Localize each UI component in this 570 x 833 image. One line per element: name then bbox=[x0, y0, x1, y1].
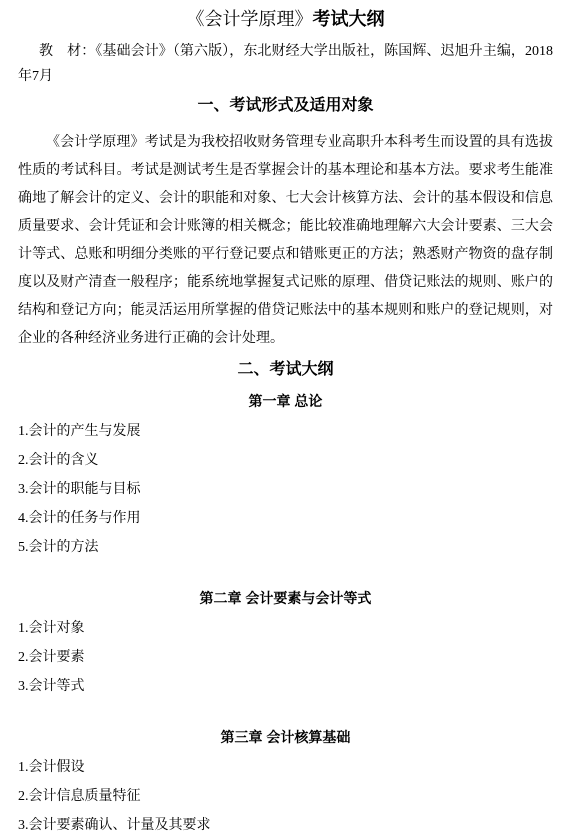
textbook-info-line: 教 材：《基础会计》（第六版），东北财经大学出版社，陈国辉、迟旭升主编，2018… bbox=[18, 39, 553, 89]
list-item: 4.会计的任务与作用 bbox=[18, 504, 553, 533]
chapter-2-item-list: 1.会计对象 2.会计要素 3.会计等式 bbox=[18, 614, 553, 701]
list-item: 1.会计的产生与发展 bbox=[18, 417, 553, 446]
list-item: 3.会计的职能与目标 bbox=[18, 475, 553, 504]
list-item: 2.会计的含义 bbox=[18, 446, 553, 475]
chapter-3-item-list: 1.会计假设 2.会计信息质量特征 3.会计要素确认、计量及其要求 bbox=[18, 753, 553, 833]
page-title-suffix: 考试大纲 bbox=[313, 9, 385, 29]
document-page: 《会计学原理》考试大纲 教 材：《基础会计》（第六版），东北财经大学出版社，陈国… bbox=[0, 0, 570, 833]
page-title: 《会计学原理》考试大纲 bbox=[18, 8, 553, 31]
section-heading-exam-form: 一、考试形式及适用对象 bbox=[18, 95, 553, 117]
list-item: 3.会计等式 bbox=[18, 672, 553, 701]
chapter-3-title: 第三章 会计核算基础 bbox=[18, 728, 553, 746]
list-item: 2.会计信息质量特征 bbox=[18, 782, 553, 811]
list-item: 3.会计要素确认、计量及其要求 bbox=[18, 811, 553, 833]
exam-description-paragraph: 《会计学原理》考试是为我校招收财务管理专业高职升本科考生而设置的具有选拔性质的考… bbox=[18, 129, 553, 353]
chapter-1-title: 第一章 总论 bbox=[18, 392, 553, 410]
list-item: 1.会计对象 bbox=[18, 614, 553, 643]
chapter-1-item-list: 1.会计的产生与发展 2.会计的含义 3.会计的职能与目标 4.会计的任务与作用… bbox=[18, 417, 553, 562]
page-title-book-name: 《会计学原理》 bbox=[187, 9, 313, 29]
list-item: 1.会计假设 bbox=[18, 753, 553, 782]
section-heading-exam-outline: 二、考试大纲 bbox=[18, 359, 553, 381]
list-item: 5.会计的方法 bbox=[18, 533, 553, 562]
list-item: 2.会计要素 bbox=[18, 643, 553, 672]
chapter-2-title: 第二章 会计要素与会计等式 bbox=[18, 589, 553, 607]
